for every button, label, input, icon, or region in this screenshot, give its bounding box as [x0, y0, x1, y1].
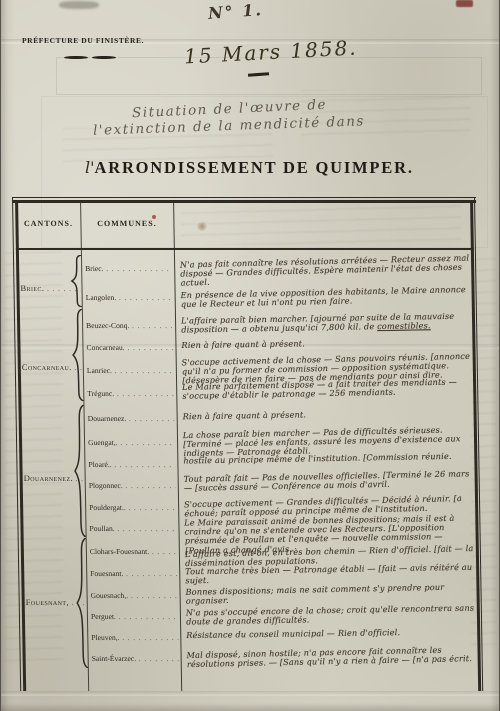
commune-label: Saint-Évarzec. . . . . . . . . . . . . .…	[92, 654, 179, 663]
commune-label: Fouesnant. . . . . . . . . . . . . . . .…	[90, 569, 177, 578]
canton-brace	[75, 538, 89, 668]
handwritten-note: Résistance du conseil municipal — Rien d…	[186, 627, 479, 640]
underlined-note-word: comestibles.	[377, 320, 431, 331]
handwritten-note: Rien à faire quant à présent.	[181, 337, 474, 350]
dotted-leader: . . . . . . . . . . . . . . . . . . . .	[112, 461, 176, 469]
commune-label: Poullan. . . . . . . . . . . . . . . . .…	[89, 524, 176, 533]
page-title: l'ARRONDISSEMENT DE QUIMPER.	[85, 158, 414, 178]
commune-label: Concarneau. . . . . . . . . . . . . . . …	[86, 343, 173, 352]
commune-label: Ploaré.. . . . . . . . . . . . . . . . .…	[88, 460, 175, 469]
document-number: N° 1.	[207, 0, 263, 23]
dotted-leader: . . . . . . . . . . . . . . . . . . . .	[125, 344, 174, 352]
dotted-leader: . . . . . . . . . . . . . . . . . . . .	[115, 525, 177, 533]
handwritten-note: Mal disposé, sinon hostile; n'a pas enco…	[186, 645, 480, 670]
letterhead-ornament-icon	[59, 55, 121, 60]
handwritten-note: N'a pas fait connaître les résolutions a…	[180, 253, 474, 288]
handwritten-note: En présence de la vive opposition des ha…	[180, 285, 474, 310]
commune-label: Beuzec-Conq. . . . . . . . . . . . . . .…	[86, 321, 173, 330]
title-handwritten-prefix: l'	[85, 158, 95, 177]
commune-label: Briec. . . . . . . . . . . . . . . . . .…	[85, 264, 172, 273]
document-paper: N° 1. PRÉFECTURE DU FINISTÈRE. 15 Mars 1…	[1, 0, 499, 711]
commune-label: Lanriec. . . . . . . . . . . . . . . . .…	[87, 366, 174, 375]
commune-label: Trégunc. . . . . . . . . . . . . . . . .…	[87, 389, 174, 398]
handwritten-note: Le Maire parfaitement disposé — a fait t…	[182, 377, 476, 401]
canton-brace	[72, 405, 86, 537]
commune-label: Guengat,. . . . . . . . . . . . . . . . …	[88, 438, 175, 447]
dotted-leader: . . . . . . . . . . . . . . . . . . . .	[149, 548, 177, 556]
commune-label: Douarnenez. . . . . . . . . . . . . . . …	[88, 414, 175, 423]
commune-label: Plogonnec. . . . . . . . . . . . . . . .…	[89, 481, 176, 490]
table-header-separator	[16, 248, 474, 250]
dotted-leader: . . . . . . . . . . . . . . . . . . . .	[112, 367, 174, 375]
canton-brace	[71, 309, 85, 401]
dotted-leader: . . . . . . . . . . . . . . . . . . . .	[126, 415, 175, 423]
dotted-leader: . . . . . . . . . . . . . . . . . . . .	[103, 265, 172, 273]
title-printed: ARRONDISSEMENT DE QUIMPER.	[95, 158, 414, 177]
dotted-leader: . . . . . . . . . . . . . . . . . . . .	[118, 439, 176, 447]
letterhead-title: PRÉFECTURE DU FINISTÈRE.	[22, 36, 144, 45]
dotted-leader: . . . . . . . . . . . . . . . . . . . .	[129, 322, 173, 330]
handwritten-note: L'affaire paraît bien marcher. [ajourné …	[181, 311, 474, 334]
dotted-leader: . . . . . . . . . . . . . . . . . . . .	[114, 390, 174, 398]
handwritten-note: Tout paraît fait — Pas de nouvelles offi…	[183, 469, 477, 493]
red-seal-fragment	[456, 0, 473, 7]
dotted-leader: . . . . . . . . . . . . . . . . . . . .	[128, 592, 178, 600]
dotted-leader: . . . . . . . . . . . . . . . . . . . .	[126, 504, 177, 512]
photo-background: N° 1. PRÉFECTURE DU FINISTÈRE. 15 Mars 1…	[0, 0, 500, 711]
dotted-leader: . . . . . . . . . . . . . . . . . . . .	[116, 294, 173, 302]
dotted-leader: . . . . . . . . . . . . . . . . . . . .	[120, 634, 179, 642]
handwritten-note: Rien à faire quant à présent.	[183, 408, 476, 422]
dotted-leader: . . . . . . . . . . . . . . . . . . . .	[116, 613, 178, 621]
column-header-communes: COMMUNES.	[81, 219, 172, 228]
dotted-leader: . . . . . . . . . . . . . . . . . . . .	[123, 482, 176, 490]
dotted-leader: . . . . . . . . . . . . . . . . . . . .	[136, 655, 179, 663]
cantons-communes-table: CANTONS. COMMUNES. Briec. . . . . . . . …	[12, 197, 486, 694]
commune-label: Pouldergat.. . . . . . . . . . . . . . .…	[89, 503, 176, 512]
commune-label: Pleuven,. . . . . . . . . . . . . . . . …	[91, 633, 178, 642]
column-header-cantons: CANTONS.	[17, 219, 79, 228]
handwritten-note: N'a pas s'occupé encore de la chose; cro…	[186, 603, 479, 626]
commune-label: Perguet. . . . . . . . . . . . . . . . .…	[91, 612, 178, 621]
commune-label: Gouesnach,. . . . . . . . . . . . . . . …	[91, 591, 178, 600]
canton-brace	[70, 255, 83, 307]
dotted-leader: . . . . . . . . . . . . . . . . . . . .	[123, 570, 177, 578]
commune-label: Langolen. . . . . . . . . . . . . . . . …	[86, 293, 173, 302]
commune-label: Clohars-Fouesnant. . . . . . . . . . . .…	[90, 547, 177, 556]
table-border	[12, 200, 476, 203]
table-border	[12, 197, 476, 198]
edge-smudge	[59, 1, 99, 9]
